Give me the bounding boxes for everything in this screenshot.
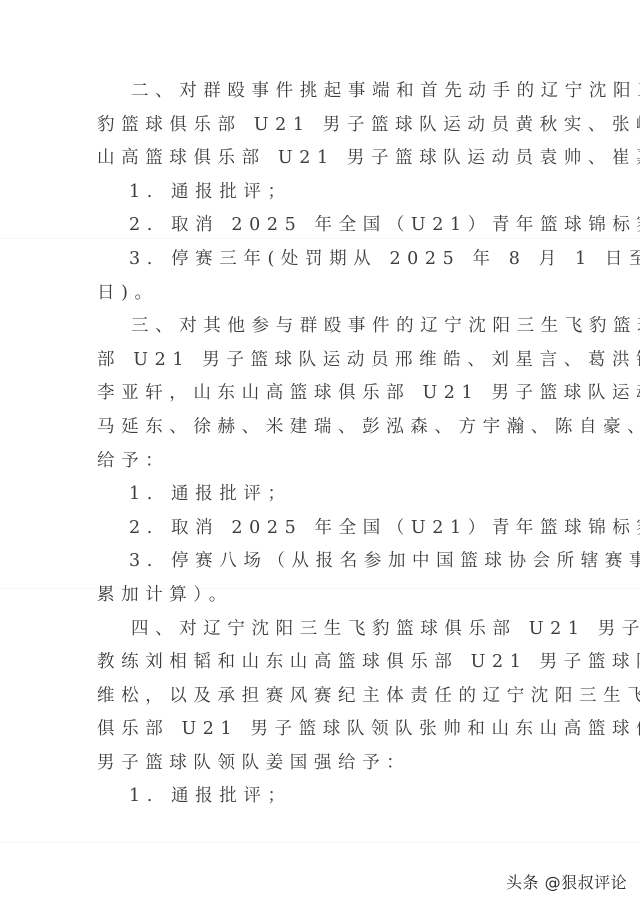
penalty-item-2: 2. 取消 2025 年全国（U21）青年篮球锦标赛比赛资格； [97, 512, 543, 546]
body-line: 部 U21 男子篮球队运动员邢维皓、刘星言、葛洪铭、张家诚、 [97, 344, 543, 378]
source-watermark: 头条 @狠叔评论 [506, 870, 627, 893]
body-line: 维松，以及承担赛风赛纪主体责任的辽宁沈阳三生飞豹篮球 [97, 680, 543, 714]
penalty-item-3: 3. 停赛八场（从报名参加中国篮球协会所辖赛事活动中 [97, 545, 543, 579]
body-line: 俱乐部 U21 男子篮球队领队张帅和山东山高篮球俱乐部 U21 [97, 713, 543, 747]
body-line: 教练刘相韬和山东山高篮球俱乐部 U21 男子篮球队主教练鞠 [97, 646, 543, 680]
section-three: 三、对其他参与群殴事件的辽宁沈阳三生飞豹篮球俱乐 部 U21 男子篮球队运动员邢… [97, 310, 543, 612]
penalty-item-1: 1. 通报批评； [97, 478, 543, 512]
body-line: 马延东、徐赫、米建瑞、彭泓森、方宇瀚、陈自豪、赵军豪 [97, 411, 543, 445]
section-four: 四、对辽宁沈阳三生飞豹篮球俱乐部 U21 男子篮球队主 教练刘相韬和山东山高篮球… [97, 613, 543, 815]
section-heading-line: 二、对群殴事件挑起事端和首先动手的辽宁沈阳三生飞 [97, 75, 543, 109]
section-heading-line: 三、对其他参与群殴事件的辽宁沈阳三生飞豹篮球俱乐 [97, 310, 543, 344]
penalty-item-1: 1. 通报批评； [97, 176, 543, 210]
penalty-item-2: 2. 取消 2025 年全国（U21）青年篮球锦标赛比赛资格； [97, 209, 543, 243]
document-page: 二、对群殴事件挑起事端和首先动手的辽宁沈阳三生飞 豹篮球俱乐部 U21 男子篮球… [97, 75, 543, 814]
body-line: 累加计算）。 [97, 579, 543, 613]
body-line: 山高篮球俱乐部 U21 男子篮球队运动员袁帅、崔嘉航给予： [97, 142, 543, 176]
section-two: 二、对群殴事件挑起事端和首先动手的辽宁沈阳三生飞 豹篮球俱乐部 U21 男子篮球… [97, 75, 543, 310]
body-line: 男子篮球队领队姜国强给予： [97, 747, 543, 781]
body-line: 李亚轩，山东山高篮球俱乐部 U21 男子篮球队运动员仇兴、 [97, 377, 543, 411]
section-heading-line: 四、对辽宁沈阳三生飞豹篮球俱乐部 U21 男子篮球队主 [97, 613, 543, 647]
penalty-item-3: 3. 停赛三年(处罚期从 2025 年 8 月 1 日至 2028 年 7 月 … [97, 243, 543, 277]
body-line: 给予： [97, 445, 543, 479]
penalty-item-1: 1. 通报批评； [97, 780, 543, 814]
scan-artifact [0, 842, 640, 843]
body-line: 豹篮球俱乐部 U21 男子篮球队运动员黄秋实、张峻豪，山东 [97, 109, 543, 143]
body-line: 日)。 [97, 277, 543, 311]
